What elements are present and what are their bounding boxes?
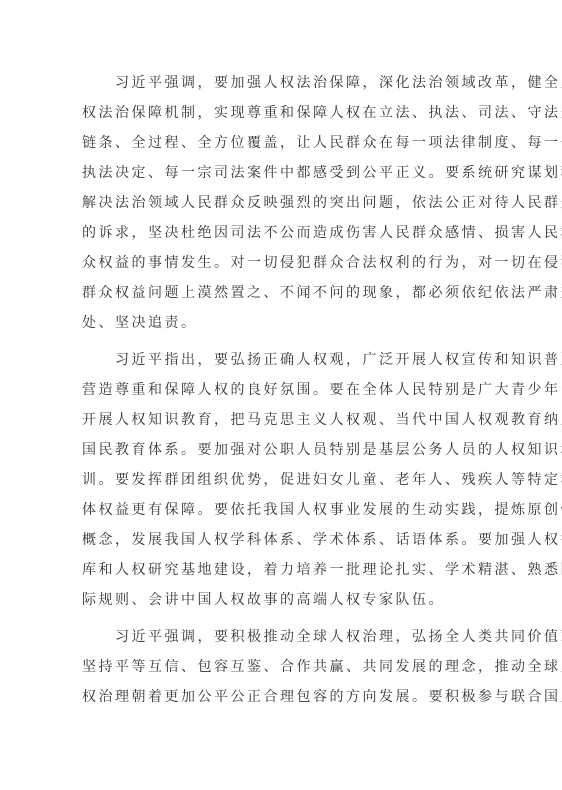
text-line: 开展人权知识教育，把马克思主义人权观、当代中国人权观教育纳入: [82, 405, 482, 435]
text-line: 际规则、会讲中国人权故事的高端人权专家队伍。: [82, 585, 482, 615]
text-line: 训。要发挥群团组织优势，促进妇女儿童、老年人、残疾人等特定群: [82, 465, 482, 495]
text-line: 习近平强调，要积极推动全球人权治理，弘扬全人类共同价值观，: [82, 622, 482, 652]
text-line: 群众权益问题上漠然置之、不闻不问的现象，都必须依纪依法严肃查: [82, 278, 482, 308]
text-line: 处、坚决追责。: [82, 308, 482, 338]
text-line: 概念，发展我国人权学科体系、学术体系、话语体系。要加强人权智: [82, 525, 482, 555]
text-line: 权治理朝着更加公平公正合理包容的方向发展。要积极参与联合国人: [82, 682, 482, 712]
paragraph-2: 习近平指出，要弘扬正确人权观，广泛开展人权宣传和知识普及， 营造尊重和保障人权的…: [82, 345, 482, 615]
text-line: 权法治保障机制，实现尊重和保障人权在立法、执法、司法、守法全: [82, 98, 482, 128]
text-line: 坚持平等互信、包容互鉴、合作共赢、共同发展的理念，推动全球人: [82, 652, 482, 682]
document-page: 习近平强调，要加强人权法治保障，深化法治领域改革，健全人 权法治保障机制，实现尊…: [0, 0, 562, 790]
text-line: 链条、全过程、全方位覆盖，让人民群众在每一项法律制度、每一个: [82, 128, 482, 158]
text-line: 体权益更有保障。要依托我国人权事业发展的生动实践，提炼原创性: [82, 495, 482, 525]
text-line: 的诉求，坚决杜绝因司法不公而造成伤害人民群众感情、损害人民群: [82, 218, 482, 248]
text-line: 众权益的事情发生。对一切侵犯群众合法权利的行为，对一切在侵犯: [82, 248, 482, 278]
text-line: 解决法治领域人民群众反映强烈的突出问题，依法公正对待人民群众: [82, 188, 482, 218]
paragraph-3: 习近平强调，要积极推动全球人权治理，弘扬全人类共同价值观， 坚持平等互信、包容互…: [82, 622, 482, 712]
paragraph-1: 习近平强调，要加强人权法治保障，深化法治领域改革，健全人 权法治保障机制，实现尊…: [82, 68, 482, 338]
text-line: 库和人权研究基地建设，着力培养一批理论扎实、学术精湛、熟悉国: [82, 555, 482, 585]
text-line: 营造尊重和保障人权的良好氛围。要在全体人民特别是广大青少年中: [82, 375, 482, 405]
text-line: 执法决定、每一宗司法案件中都感受到公平正义。要系统研究谋划和: [82, 158, 482, 188]
text-line: 习近平强调，要加强人权法治保障，深化法治领域改革，健全人: [82, 68, 482, 98]
text-line: 习近平指出，要弘扬正确人权观，广泛开展人权宣传和知识普及，: [82, 345, 482, 375]
document-body: 习近平强调，要加强人权法治保障，深化法治领域改革，健全人 权法治保障机制，实现尊…: [82, 68, 482, 719]
text-line: 国民教育体系。要加强对公职人员特别是基层公务人员的人权知识培: [82, 435, 482, 465]
